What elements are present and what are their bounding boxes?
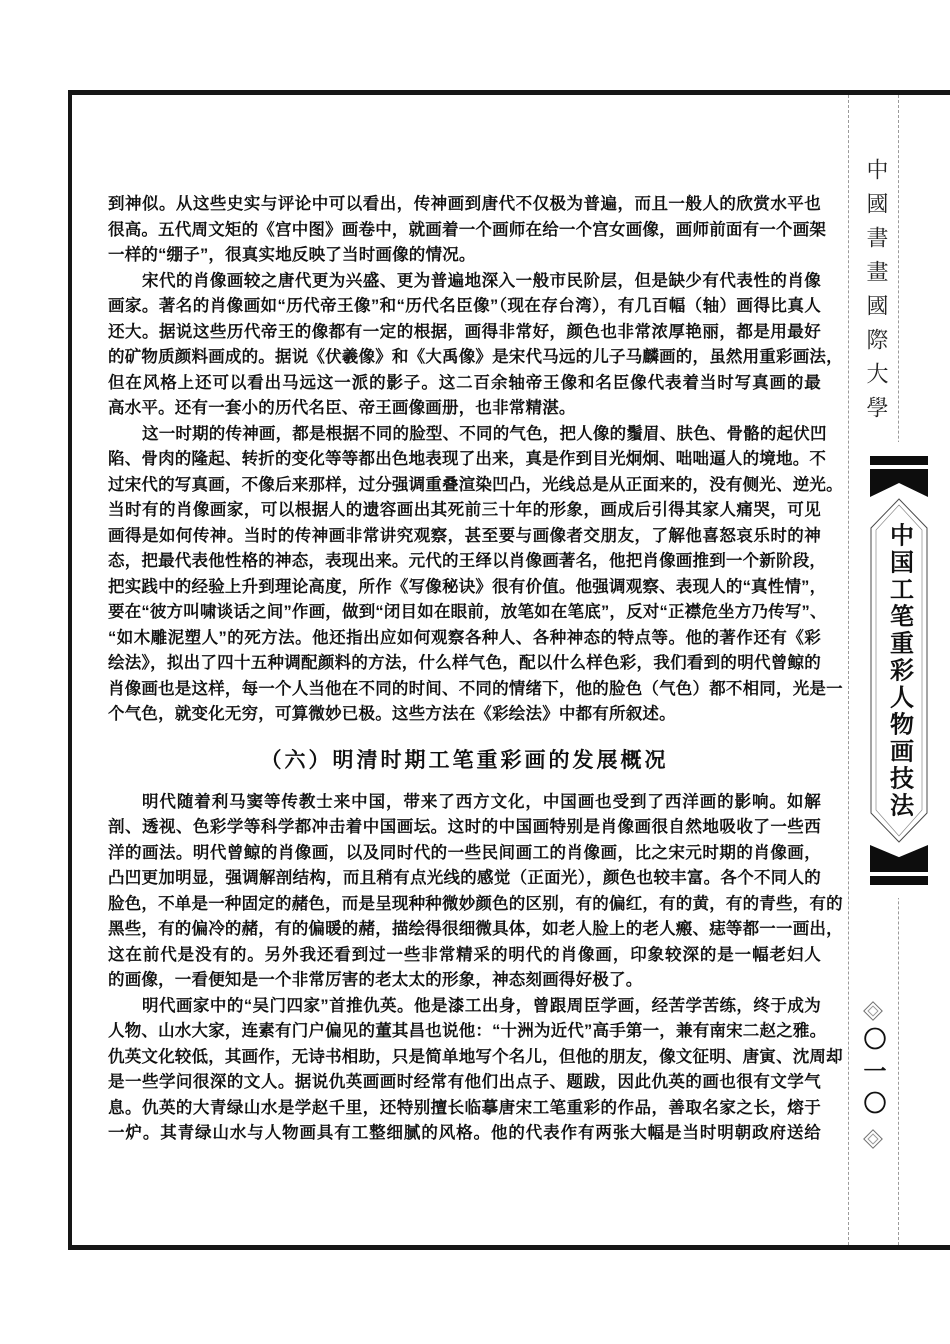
text-line: 到神似。从这些史实与评论中可以看出，传神画到唐代不仅极为普遍，而且一般人的欣赏水…	[108, 192, 821, 218]
text-line: 凸凹更加明显，强调解剖结构，而且稍有点光线的感觉（正面光），颜色也较丰富。各个不…	[108, 866, 821, 892]
banner-top-bar	[870, 456, 928, 465]
banner-bottom-bar	[870, 876, 928, 885]
text-line: 是一些学问很深的文人。据说仇英画画时经常有他们出点子、题跋，因此仇英的画也很有文…	[108, 1070, 821, 1096]
text-line: 要在“彼方叫啸谈话之间”作画，做到“闭目如在眼前，放笔如在笔底”，反对“正襟危坐…	[108, 600, 821, 626]
text-line: 绘法》，拟出了四十五种调配颜料的方法，什么样气色，配以什么样色彩，我们看到的明代…	[108, 651, 821, 677]
university-name-vertical: 中國書畫國際大學	[861, 158, 892, 430]
section-heading: （六）明清时期工笔重彩画的发展概况	[108, 728, 821, 790]
text-line: 剖、透视、色彩学等科学都冲击着中国画坛。这时的中国画特别是肖像画很自然地吸收了一…	[108, 815, 821, 841]
text-line: 脸色，不单是一种固定的赭色，而是呈现种种微妙颜色的区别，有的偏红，有的黄，有的青…	[108, 892, 821, 918]
diamond-ornament-icon	[863, 1001, 883, 1021]
text-line: 明代随着利马窦等传教士来中国，带来了西方文化，中国画也受到了西洋画的影响。如解	[108, 790, 821, 816]
text-line: 人物、山水大家，连素有门户偏见的董其昌也说他：“十洲为近代”高手第一，兼有南宋二…	[108, 1019, 821, 1045]
text-line: 仇英文化较低，其画作，无诗书相助，只是简单地写个名儿，但他的朋友，像文征明、唐寅…	[108, 1045, 821, 1071]
text-line: 的矿物质颜料画成的。据说《伏羲像》和《大禹像》是宋代马远的儿子马麟画的，虽然用重…	[108, 345, 821, 371]
text-line: 还大。据说这些历代帝王的像都有一定的根据，画得非常好，颜色也非常浓厚艳丽，都是用…	[108, 320, 821, 346]
text-line: 当时有的肖像画家，可以根据人的遗容画出其死前三十年的形象，画成后引得其家人痛哭，…	[108, 498, 821, 524]
page-number-text: 〇一〇	[857, 1027, 890, 1123]
text-line: 一炉。其青绿山水与人物画具有工整细腻的风格。他的代表作有两张大幅是当时明朝政府送…	[108, 1121, 821, 1147]
page-number: 〇一〇	[857, 1004, 889, 1146]
text-line: 把实践中的经验上升到理论高度，所作《写像秘诀》很有价值。他强调观察、表现人的“真…	[108, 575, 821, 601]
text-line: 陷、骨肉的隆起、转折的变化等等都出色地表现了出来，真是作到目光炯炯、咄咄逼人的境…	[108, 447, 821, 473]
text-line: “如木雕泥塑人”的死方法。他还指出应如何观察各种人、各种神态的特点等。他的著作还…	[108, 626, 821, 652]
text-line: 个气色，就变化无穷，可算微妙已极。这些方法在《彩绘法》中都有所叙述。	[108, 702, 821, 728]
book-title-vertical: 中国工笔重彩人物画技法	[882, 522, 917, 819]
text-line: 洋的画法。明代曾鲸的肖像画，以及同时代的一些民间画工的肖像画，比之宋元时期的肖像…	[108, 841, 821, 867]
text-line: 画得是如何传神。当时的传神画非常讲究观察，甚至要与画像者交朋友，了解他喜怒哀乐时…	[108, 524, 821, 550]
frame-left-border	[68, 90, 72, 1250]
frame-top-border	[68, 90, 950, 95]
body-text-column: 到神似。从这些史实与评论中可以看出，传神画到唐代不仅极为普遍，而且一般人的欣赏水…	[108, 192, 821, 1147]
text-line: 高水平。还有一套小的历代名臣、帝王画像画册，也非常精湛。	[108, 396, 821, 422]
banner-panel: 中国工笔重彩人物画技法	[870, 498, 928, 843]
banner-top-ribbon-icon	[870, 469, 928, 497]
text-line: 过宋代的写真画，不像后来那样，过分强调重叠渲染凹凸，光线总是从正面来的，没有侧光…	[108, 473, 821, 499]
frame-bottom-border	[68, 1245, 950, 1250]
text-line: 这一时期的传神画，都是根据不同的脸型、不同的气色，把人像的鬚眉、肤色、骨骼的起伏…	[108, 422, 821, 448]
text-line: 一样的“绷子”，很真实地反映了当时画像的情况。	[108, 243, 821, 269]
text-line: 很高。五代周文矩的《宫中图》画卷中，就画着一个画师在给一个宫女画像，画师前面有一…	[108, 218, 821, 244]
text-line: 但在风格上还可以看出马远这一派的影子。这二百余轴帝王像和名臣像代表着当时写真画的…	[108, 371, 821, 397]
text-line: 宋代的肖像画较之唐代更为兴盛、更为普遍地深入一般市民阶层，但是缺少有代表性的肖像	[108, 269, 821, 295]
text-line: 态，把最代表他性格的神态，表现出来。元代的王绎以肖像画著名，他把肖像画推到一个新…	[108, 549, 821, 575]
text-line: 画家。著名的肖像画如“历代帝王像”和“历代名臣像”（现在存台湾），有几百幅（轴）…	[108, 294, 821, 320]
text-line: 息。仇英的大青绿山水是学赵千里，还特别擅长临摹唐宋工笔重彩的作品，善取名家之长，…	[108, 1096, 821, 1122]
diamond-ornament-icon	[863, 1129, 883, 1149]
book-title-banner: 中国工笔重彩人物画技法	[870, 442, 928, 898]
banner-bottom-ribbon-icon	[870, 845, 928, 872]
text-line: 的画像，一看便知是一个非常厉害的老太太的形象，神态刻画得好极了。	[108, 968, 821, 994]
sidebar-divider-line-left	[848, 95, 849, 1245]
text-line: 这在前代是没有的。另外我还看到过一些非常精采的明代的肖像画，印象较深的是一幅老妇…	[108, 943, 821, 969]
text-line: 黑些，有的偏冷的赭，有的偏暖的赭，描绘得很细微具体，如老人脸上的老人瘢、痣等都一…	[108, 917, 821, 943]
text-line: 肖像画也是这样，每一个人当他在不同的时间、不同的情绪下，他的脸色（气色）都不相同…	[108, 677, 821, 703]
text-line: 明代画家中的“吴门四家”首推仇英。他是漆工出身，曾跟周臣学画，经苦学苦练，终于成…	[108, 994, 821, 1020]
